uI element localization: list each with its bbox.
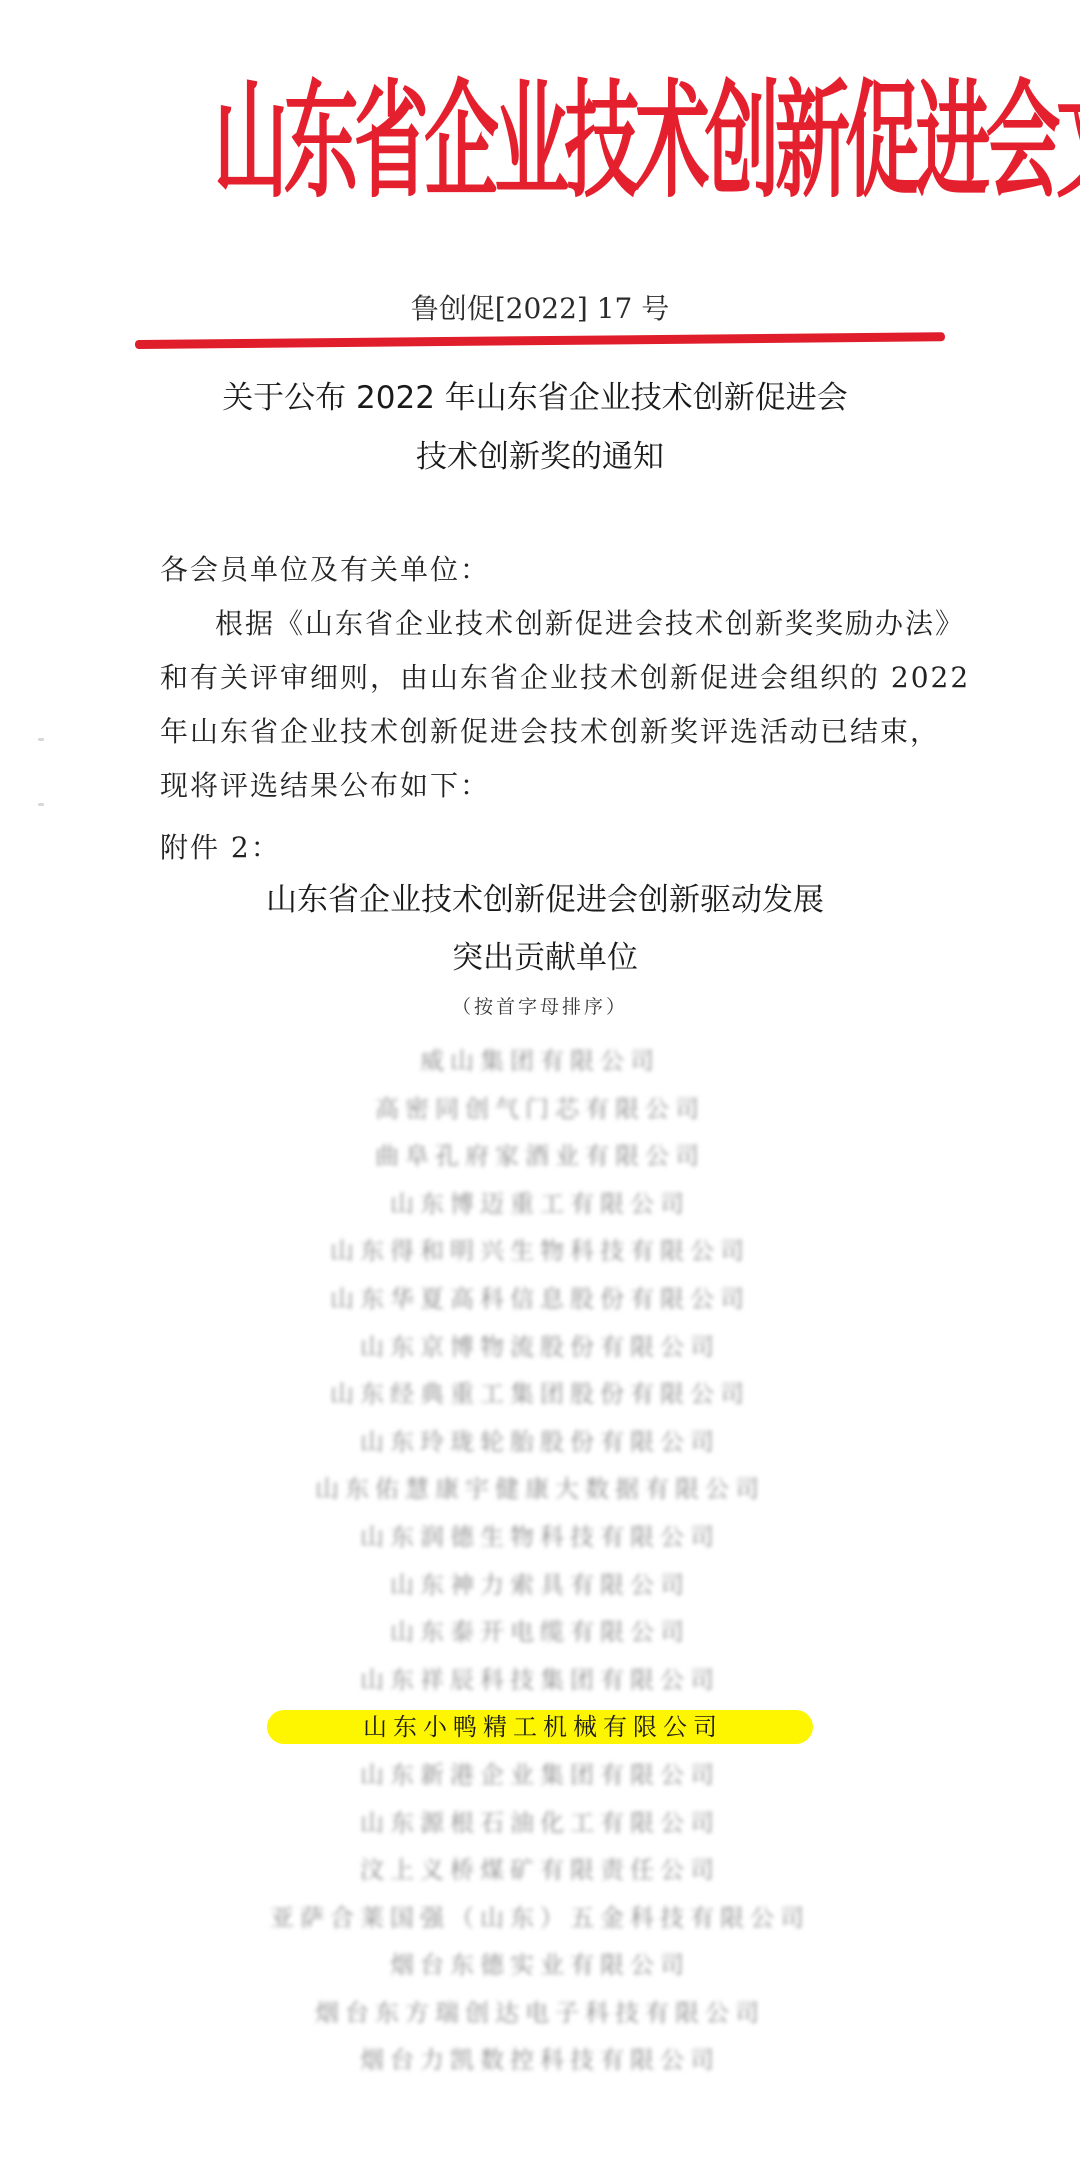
highlighted-company-item: 山东小鸭精工机械有限公司 bbox=[0, 1712, 1080, 1760]
annex-title-line-1: 山东省企业技术创新促进会创新驱动发展 bbox=[5, 885, 1080, 916]
company-list: 威山集团有限公司 高密同创气门芯有限公司 曲阜孔府家酒业有限公司 山东博迈重工有… bbox=[0, 1046, 1080, 2093]
company-item: 山东润德生物科技有限公司 bbox=[0, 1522, 1080, 1570]
company-item: 烟台东德实业有限公司 bbox=[0, 1950, 1080, 1998]
company-item: 山东博迈重工有限公司 bbox=[0, 1189, 1080, 1237]
notice-title-line-1: 关于公布 2022 年山东省企业技术创新促进会 bbox=[0, 383, 1075, 414]
paragraph-line: 和有关评审细则，由山东省企业技术创新促进会组织的 2022 bbox=[160, 664, 970, 692]
red-divider-rule bbox=[135, 332, 945, 349]
notice-title-line-2: 技术创新奖的通知 bbox=[0, 442, 1080, 473]
paragraph-line: 现将评选结果公布如下： bbox=[160, 772, 490, 800]
company-item: 山东京博物流股份有限公司 bbox=[0, 1332, 1080, 1380]
company-item: 烟台力凯数控科技有限公司 bbox=[0, 2045, 1080, 2093]
company-item: 山东玲珑轮胎股份有限公司 bbox=[0, 1427, 1080, 1475]
paragraph-line: 根据《山东省企业技术创新促进会技术创新奖奖励办法》 bbox=[215, 610, 965, 638]
company-item: 威山集团有限公司 bbox=[0, 1046, 1080, 1094]
document-page: 山东省企业技术创新促进会文件 鲁创促[2022] 17 号 关于公布 2022 … bbox=[0, 0, 1080, 2178]
scan-artifact bbox=[38, 803, 44, 806]
masthead-title: 山东省企业技术创新促进会文件 bbox=[214, 78, 877, 205]
company-item: 山东祥辰科技集团有限公司 bbox=[0, 1665, 1080, 1713]
company-item: 高密同创气门芯有限公司 bbox=[0, 1094, 1080, 1142]
annex-label: 附件 2： bbox=[160, 834, 281, 862]
paragraph-line: 年山东省企业技术创新促进会技术创新奖评选活动已结束， bbox=[160, 718, 940, 746]
company-item: 山东经典重工集团股份有限公司 bbox=[0, 1379, 1080, 1427]
company-item: 山东泰开电缆有限公司 bbox=[0, 1617, 1080, 1665]
company-item: 亚萨合莱国强（山东）五金科技有限公司 bbox=[0, 1903, 1080, 1951]
document-number: 鲁创促[2022] 17 号 bbox=[0, 295, 1080, 323]
highlighted-company-name: 山东小鸭精工机械有限公司 bbox=[267, 1710, 813, 1744]
company-item: 山东神力索具有限公司 bbox=[0, 1570, 1080, 1618]
company-item: 山东华夏高科信息股份有限公司 bbox=[0, 1284, 1080, 1332]
salutation: 各会员单位及有关单位： bbox=[160, 556, 490, 584]
company-item: 曲阜孔府家酒业有限公司 bbox=[0, 1141, 1080, 1189]
company-item: 汶上义桥煤矿有限责任公司 bbox=[0, 1855, 1080, 1903]
company-item: 山东源根石油化工有限公司 bbox=[0, 1808, 1080, 1856]
company-item: 山东得和明兴生物科技有限公司 bbox=[0, 1236, 1080, 1284]
sort-order-note: （按首字母排序） bbox=[0, 998, 1080, 1017]
annex-title-line-2: 突出贡献单位 bbox=[5, 943, 1080, 974]
company-item: 烟台东方瑞创达电子科技有限公司 bbox=[0, 1998, 1080, 2046]
company-item: 山东新港企业集团有限公司 bbox=[0, 1760, 1080, 1808]
scan-artifact bbox=[38, 738, 44, 741]
company-item: 山东佑慧康宇健康大数据有限公司 bbox=[0, 1474, 1080, 1522]
